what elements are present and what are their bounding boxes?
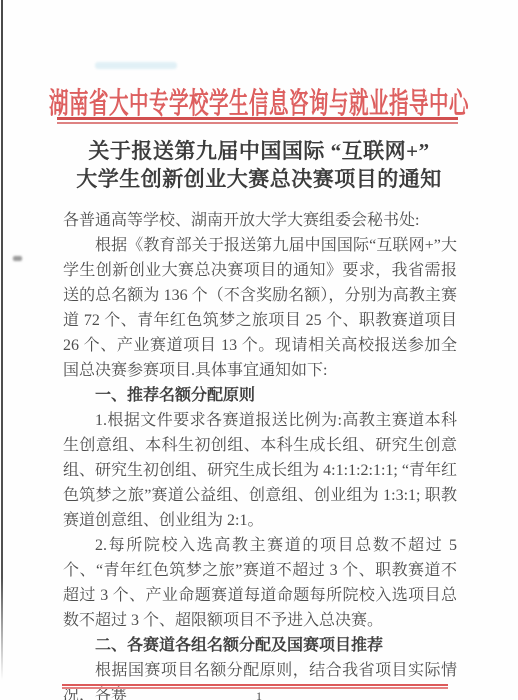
body-paragraph: 根据《教育部关于报送第九届中国国际“互联网+”大学生创新创业大赛总决赛项目的通知…	[63, 233, 457, 383]
section-heading-2: 二、各赛道各组名额分配及国赛项目推荐	[63, 633, 457, 658]
document-title-line2: 大学生创新创业大赛总决赛项目的通知	[30, 165, 488, 193]
document-title-line1: 关于报送第九届中国国际 “互联网+”	[30, 137, 488, 165]
document-title: 关于报送第九届中国国际 “互联网+” 大学生创新创业大赛总决赛项目的通知	[30, 137, 488, 193]
letterhead-title: 湖南省大中专学校学生信息咨询与就业指导中心	[30, 80, 488, 122]
section-heading-1: 一、推荐名额分配原则	[63, 383, 457, 408]
page-number: 1	[0, 689, 518, 700]
body-paragraph: 1.根据文件要求各赛道报送比例为:高教主赛道本科生创意组、本科生初创组、本科生成…	[63, 408, 457, 533]
document-body: 各普通高等学校、湖南开放大学大赛组委会秘书处: 根据《教育部关于报送第九届中国国…	[63, 208, 457, 700]
scan-smudge-left	[13, 256, 22, 261]
salutation-line: 各普通高等学校、湖南开放大学大赛组委会秘书处:	[63, 208, 457, 233]
scan-smudge-top	[95, 62, 177, 69]
body-paragraph: 2.每所院校入选高教主赛道的项目总数不超过 5 个、“青年红色筑梦之旅”赛道不超…	[63, 533, 457, 633]
letterhead-divider-rule	[57, 117, 458, 124]
scan-edge-artifact	[1, 0, 3, 680]
scanned-document-page: 湖南省大中专学校学生信息咨询与就业指导中心 关于报送第九届中国国际 “互联网+”…	[0, 0, 518, 700]
